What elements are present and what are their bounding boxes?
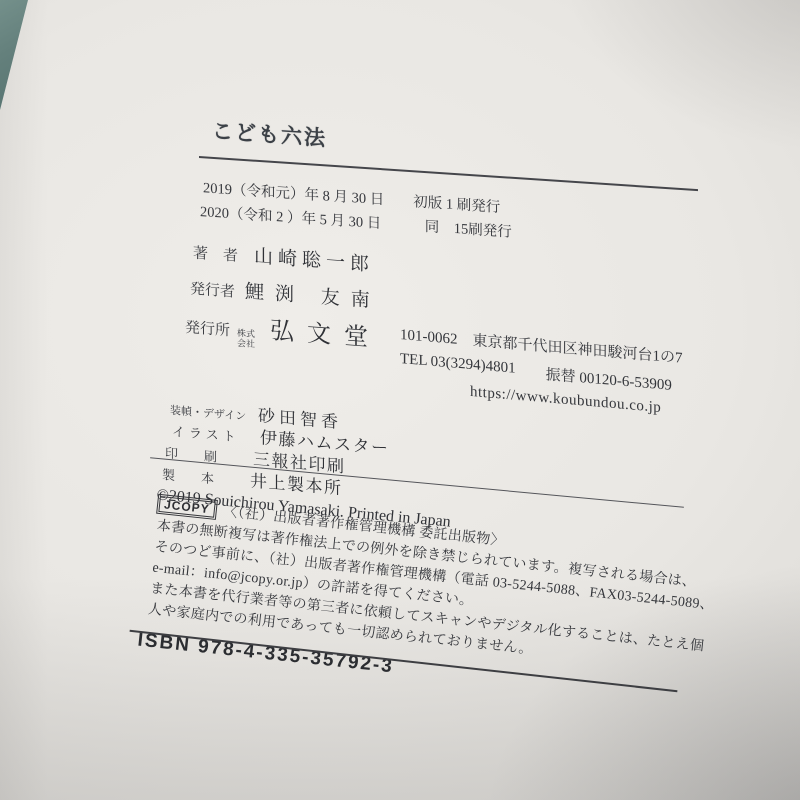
author-name: 山崎聡一郎 bbox=[254, 241, 374, 277]
publisher-corp-type: 株式会社 bbox=[237, 328, 257, 350]
colophon-header: こども六法 2019（令和元）年 8 月 30 日 初版 1 刷発行 2020（… bbox=[199, 118, 698, 255]
author-label: 著 者 bbox=[193, 242, 238, 266]
issuer-label: 発行者 bbox=[190, 277, 235, 301]
jcopy-badge: JCOPY bbox=[158, 496, 215, 518]
publisher-row: 発行所 株式会社 弘文堂 bbox=[185, 304, 381, 359]
publisher-label: 発行所 bbox=[185, 316, 230, 340]
publisher-name: 弘文堂 bbox=[270, 310, 381, 353]
book-page: こども六法 2019（令和元）年 8 月 30 日 初版 1 刷発行 2020（… bbox=[0, 0, 800, 800]
desk-corner bbox=[0, 0, 28, 110]
furikae-number: 振替 00120-6-53909 bbox=[546, 363, 672, 395]
book-title: こども六法 bbox=[212, 119, 698, 177]
tel-number: TEL 03(3294)4801 bbox=[400, 351, 516, 382]
author-row: 著 者 山崎聡一郎 bbox=[193, 237, 374, 277]
issuer-name: 鯉渕 友南 bbox=[245, 276, 381, 313]
